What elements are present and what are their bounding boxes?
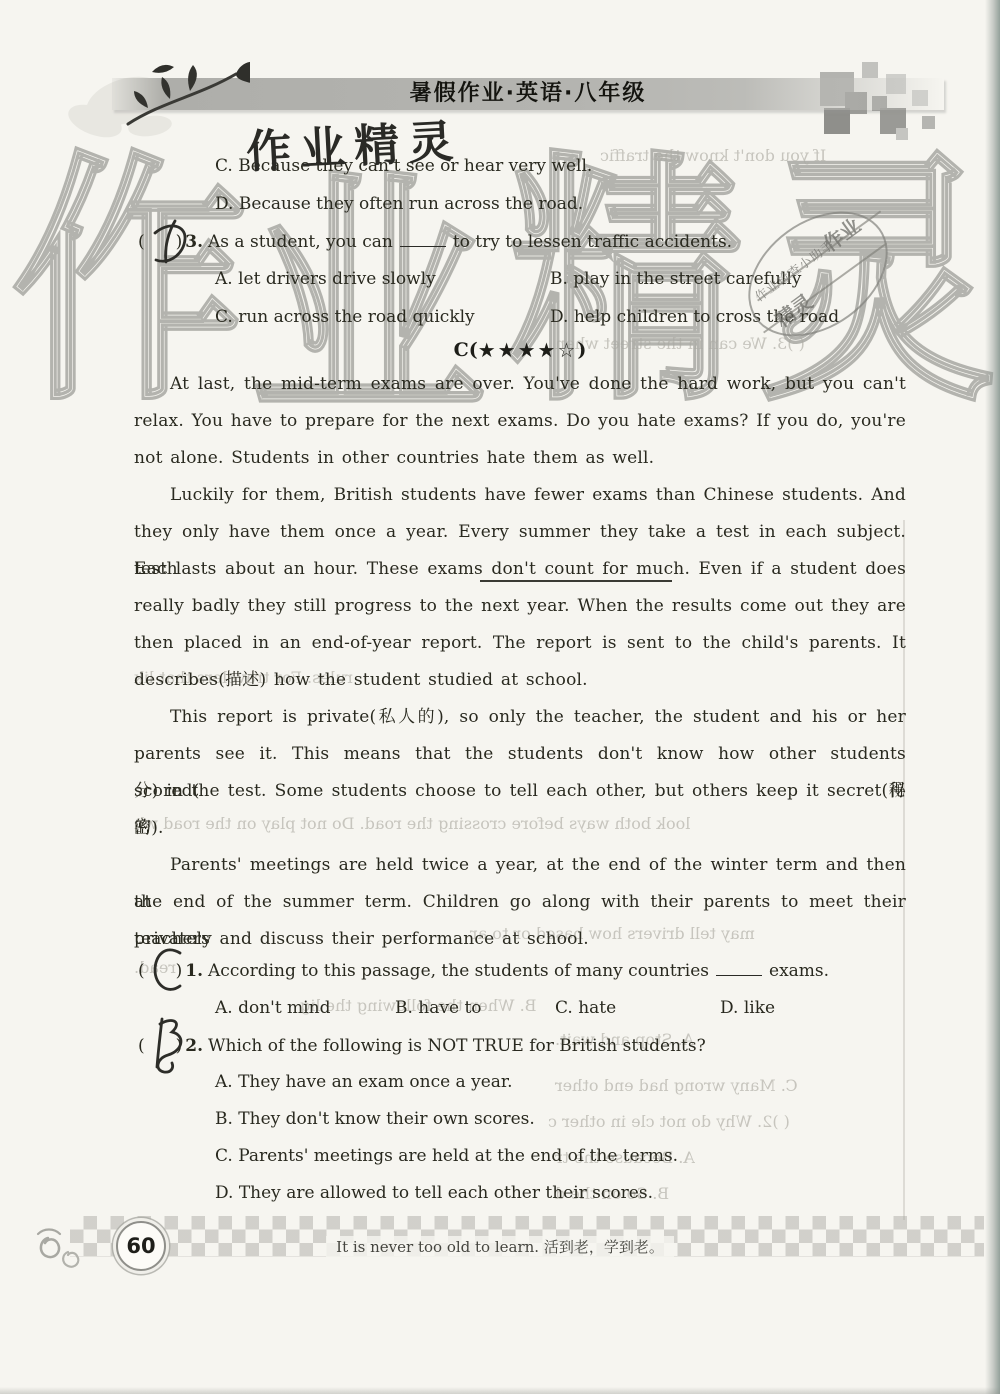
star-empty-icon: ☆ (557, 338, 577, 362)
passage-line: Luckily for them, British students have … (134, 477, 906, 514)
option-text: C. run across the road quickly (215, 299, 475, 336)
question-stem: exams. (769, 961, 829, 981)
option-text: D. Because they often run across the roa… (215, 186, 583, 223)
question-text: ()3.As a student, you canto try to lesse… (138, 224, 732, 261)
passage-line: describes(描述) how the student studied at… (134, 662, 906, 699)
question-stem: to try to lessen traffic accidents. (453, 232, 732, 252)
footer-motto-text: It is never too old to learn. 活到老，学到老。 (326, 1236, 674, 1257)
answer-paren-open: ( (138, 232, 145, 252)
option-text: B. They don't know their own scores. (215, 1101, 535, 1138)
question-stem: Which of the following is NOT TRUE for B… (208, 1036, 706, 1056)
passage-heading-letter: C( (454, 339, 478, 361)
page-edge-shadow (985, 0, 1000, 1394)
mosaic-square (862, 62, 878, 78)
question-stem: According to this passage, the students … (208, 961, 709, 981)
workbook-page: 暑假作业·英语·八年级 作 业 精 灵 作业精灵 作业 作业检查小助手 精灵 I… (0, 0, 1000, 1394)
passage-line: relax. You have to prepare for the next … (134, 403, 906, 440)
option-line: A. don't mind B. have to C. hate D. like (134, 990, 906, 1027)
option-text: A. They have an exam once a year. (215, 1064, 513, 1101)
question-line: ()1.According to this passage, the stude… (134, 953, 906, 990)
question-text: ()1.According to this passage, the stude… (138, 953, 829, 990)
floral-flourish-icon (40, 46, 250, 146)
passage-line: really badly they still progress to the … (134, 588, 906, 625)
option-line: A. They have an exam once a year. (134, 1064, 906, 1101)
answer-blank (716, 975, 762, 976)
answer-paren-open: ( (138, 1036, 145, 1056)
passage-line: then placed in an end-of-year report. Th… (134, 625, 906, 662)
option-text: C. hate (555, 990, 616, 1027)
option-line: B. They don't know their own scores. (134, 1101, 906, 1138)
question-stem: As a student, you can (208, 232, 393, 252)
passage-line: they only have them once a year. Every s… (134, 514, 906, 551)
option-text: A. let drivers drive slowly (215, 261, 436, 298)
option-text: B. have to (395, 990, 482, 1027)
handwritten-answer-b (146, 1014, 192, 1076)
footer-motto: It is never too old to learn. 活到老，学到老。 (0, 1236, 1000, 1257)
passage-line: test lasts about an hour. These exams do… (134, 551, 906, 588)
question-line: ()2.Which of the following is NOT TRUE f… (134, 1028, 906, 1065)
passage-line: not alone. Students in other countries h… (134, 440, 906, 477)
question-text: ()2.Which of the following is NOT TRUE f… (138, 1028, 706, 1065)
option-text: A. don't mind (215, 990, 330, 1027)
checker-stamp: 作业 作业检查小助手 精灵 (733, 203, 903, 353)
stamp-oval (725, 186, 912, 362)
option-text: C. Parents' meetings are held at the end… (215, 1138, 678, 1175)
mosaic-square (922, 116, 935, 129)
passage-line: Parents' meetings are held twice a year,… (134, 847, 906, 884)
passage-heading-close: ) (577, 339, 586, 361)
handwriting-top: 作业精灵 (244, 104, 463, 180)
passage-line: 的). (134, 810, 906, 847)
page-bottom-shadow (0, 1387, 1000, 1394)
option-text: D. They are allowed to tell each other t… (215, 1175, 653, 1212)
handwritten-answer-c (148, 944, 190, 994)
handwritten-answer-d (146, 216, 194, 270)
answer-paren-open: ( (138, 961, 145, 981)
underline-dont-count-for-much (480, 580, 672, 582)
option-line: C. Parents' meetings are held at the end… (134, 1138, 906, 1175)
answer-blank (400, 246, 446, 247)
passage-line: the end of the summer term. Children go … (134, 884, 906, 921)
passage-line: At last, the mid-term exams are over. Yo… (134, 366, 906, 403)
option-text: D. like (720, 990, 775, 1027)
passage-line: 分) in the test. Some students choose to … (134, 773, 906, 810)
option-line: D. They are allowed to tell each other t… (134, 1175, 906, 1212)
banner-title: 暑假作业·英语·八年级 (410, 81, 647, 106)
passage-line: This report is private(私人的), so only the… (134, 699, 906, 736)
passage-line: parents see it. This means that the stud… (134, 736, 906, 773)
star-filled-icons: ★★★★ (478, 338, 558, 362)
